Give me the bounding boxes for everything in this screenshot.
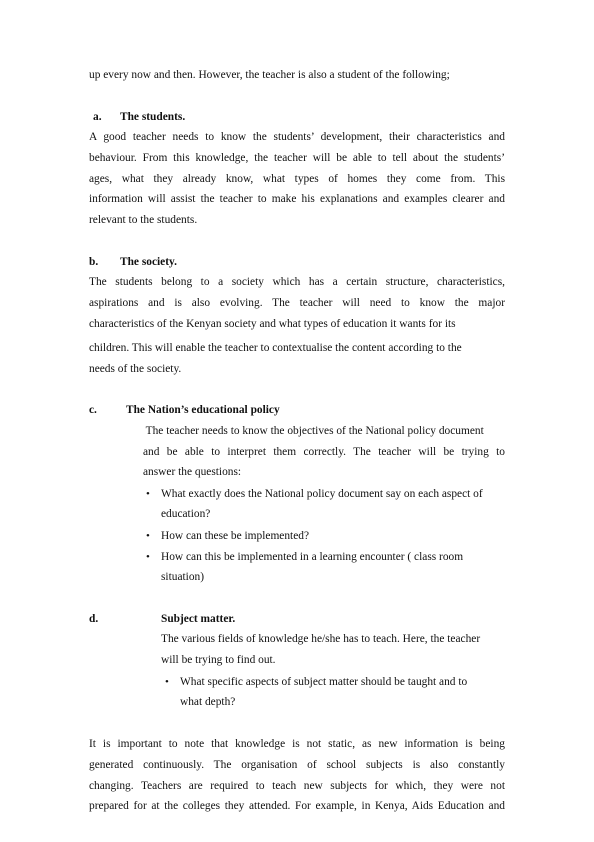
document-page: up every now and then. However, the teac… bbox=[0, 0, 594, 842]
intro-text: up every now and then. However, the teac… bbox=[89, 68, 450, 82]
section-c-bullet-cont: situation) bbox=[161, 570, 204, 584]
section-b-line: characteristics of the Kenyan society an… bbox=[89, 317, 456, 331]
section-d-line: The various fields of knowledge he/she h… bbox=[161, 632, 480, 646]
closing-line: generated continuously. The organisation… bbox=[89, 758, 505, 772]
bullet-icon: • bbox=[146, 550, 150, 564]
section-c-bullet-cont: education? bbox=[161, 507, 210, 521]
section-a-heading: The students. bbox=[120, 110, 185, 124]
bullet-icon: • bbox=[146, 529, 150, 543]
section-b-heading: The society. bbox=[120, 255, 177, 269]
section-d-heading: Subject matter. bbox=[161, 612, 235, 626]
section-b-marker: b. bbox=[89, 255, 98, 269]
section-b-line: The students belong to a society which h… bbox=[89, 275, 505, 289]
section-a-line: ages, what they already know, what types… bbox=[89, 172, 505, 186]
section-d-bullet: What specific aspects of subject matter … bbox=[180, 675, 467, 689]
section-c-line: and be able to interpret them correctly.… bbox=[143, 445, 505, 459]
section-d-bullet-cont: what depth? bbox=[180, 695, 235, 709]
section-c-bullet: How can these be implemented? bbox=[161, 529, 309, 543]
section-b-line: children. This will enable the teacher t… bbox=[89, 341, 462, 355]
section-c-heading: The Nation’s educational policy bbox=[126, 403, 280, 417]
section-a-line: information will assist the teacher to m… bbox=[89, 192, 505, 206]
closing-line: prepared for at the colleges they attend… bbox=[89, 799, 505, 813]
closing-line: It is important to note that knowledge i… bbox=[89, 737, 505, 751]
section-a-marker: a. bbox=[93, 110, 102, 124]
bullet-icon: • bbox=[146, 487, 150, 501]
section-c-line: answer the questions: bbox=[143, 465, 241, 479]
section-c-bullet: How can this be implemented in a learnin… bbox=[161, 550, 463, 564]
section-d-marker: d. bbox=[89, 612, 98, 626]
section-c-bullet: What exactly does the National policy do… bbox=[161, 487, 483, 501]
section-c-line: The teacher needs to know the objectives… bbox=[143, 424, 484, 438]
section-b-line: needs of the society. bbox=[89, 362, 181, 376]
section-c-marker: c. bbox=[89, 403, 97, 417]
closing-line: changing. Teachers are required to teach… bbox=[89, 779, 505, 793]
section-a-line: relevant to the students. bbox=[89, 213, 197, 227]
section-d-line: will be trying to find out. bbox=[161, 653, 276, 667]
section-a-line: behaviour. From this knowledge, the teac… bbox=[89, 151, 505, 165]
section-b-line: aspirations and is also evolving. The te… bbox=[89, 296, 505, 310]
bullet-icon: • bbox=[165, 675, 169, 689]
section-a-line: A good teacher needs to know the student… bbox=[89, 130, 505, 144]
